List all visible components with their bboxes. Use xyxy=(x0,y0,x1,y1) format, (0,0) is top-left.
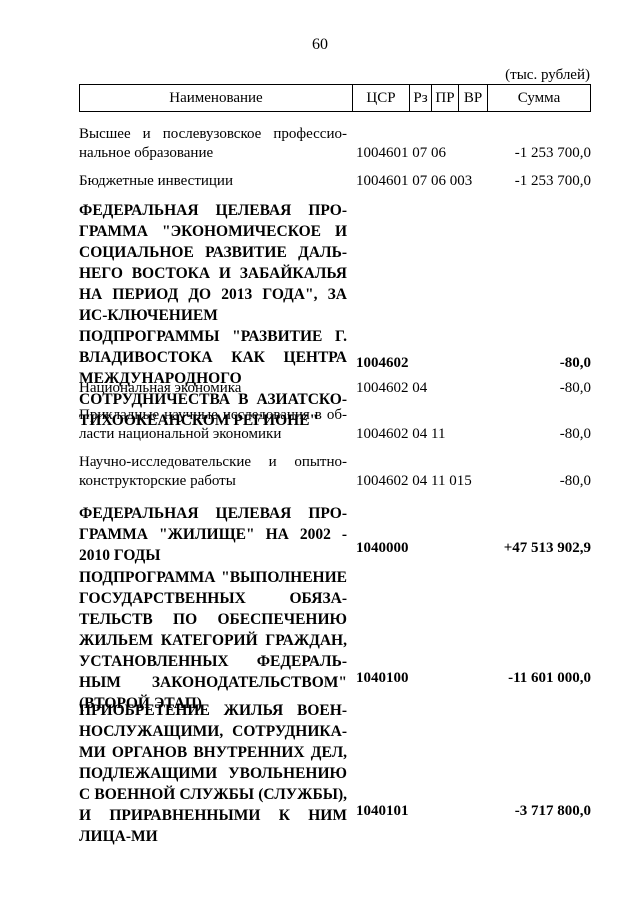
row-sum: -11 601 000,0 xyxy=(508,669,591,688)
row-code: 1040100 xyxy=(356,669,409,688)
header-pr: ПР xyxy=(432,85,459,111)
row-code: 1004602 04 11 xyxy=(356,425,445,444)
header-vr: ВР xyxy=(459,85,488,111)
row-sum: -1 253 700,0 xyxy=(515,172,591,191)
row-name: Национальная экономика xyxy=(79,379,347,398)
row-name: Научно-исследовательские и опытно-констр… xyxy=(79,453,347,491)
row-name: Бюджетные инвестиции xyxy=(79,172,347,191)
row-sum: -80,0 xyxy=(560,472,591,491)
row-name: ПРИОБРЕТЕНИЕ ЖИЛЬЯ ВОЕН-НОСЛУЖАЩИМИ, СОТ… xyxy=(79,700,347,847)
row-code: 1004602 xyxy=(356,354,409,373)
row-code: 1004601 07 06 xyxy=(356,144,446,163)
header-csr: ЦСР xyxy=(353,85,410,111)
units-label: (тыс. рублей) xyxy=(505,67,590,84)
row-code: 1040101 xyxy=(356,802,409,821)
table-header: Наименование ЦСР Рз ПР ВР Сумма xyxy=(79,84,591,112)
row-sum: -80,0 xyxy=(560,425,591,444)
header-sum: Сумма xyxy=(488,85,590,111)
header-name: Наименование xyxy=(80,85,353,111)
row-code: 1040000 xyxy=(356,539,409,558)
page-number: 60 xyxy=(0,36,640,54)
row-name: ПОДПРОГРАММА "ВЫПОЛНЕНИЕ ГОСУДАРСТВЕННЫХ… xyxy=(79,567,347,714)
row-sum: -80,0 xyxy=(560,379,591,398)
row-code: 1004601 07 06 003 xyxy=(356,172,472,191)
header-rz: Рз xyxy=(410,85,432,111)
row-code: 1004602 04 11 015 xyxy=(356,472,472,491)
row-sum: -80,0 xyxy=(560,354,591,373)
row-code: 1004602 04 xyxy=(356,379,427,398)
row-name: ФЕДЕРАЛЬНАЯ ЦЕЛЕВАЯ ПРО-ГРАММА "ЖИЛИЩЕ" … xyxy=(79,503,347,566)
row-sum: +47 513 902,9 xyxy=(504,539,591,558)
row-sum: -1 253 700,0 xyxy=(515,144,591,163)
row-sum: -3 717 800,0 xyxy=(515,802,591,821)
row-name: Высшее и послевузовское профессио-нально… xyxy=(79,125,347,163)
row-name: Прикладные научные исследования в об-лас… xyxy=(79,406,347,444)
